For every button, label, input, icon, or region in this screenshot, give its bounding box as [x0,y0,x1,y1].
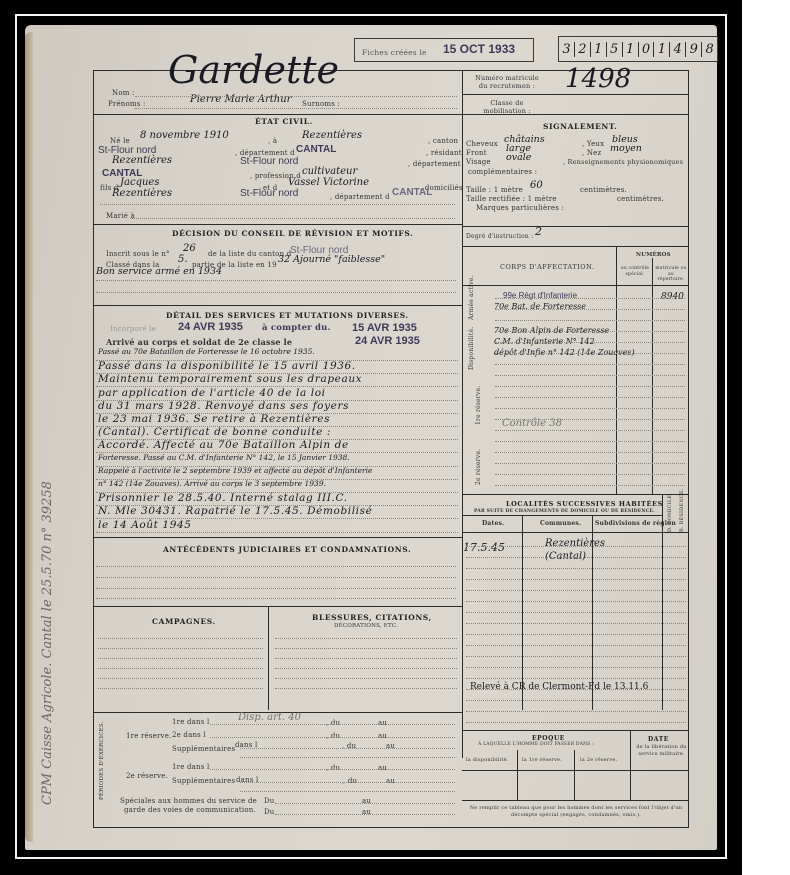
service-line: le 23 mai 1936. Se retire à Rezentières [98,413,330,425]
col-subdivisions: Subdivisions de région [595,520,676,527]
column-divider [462,70,463,758]
speciales2-label: garde des voies de communication. [124,806,256,814]
decision-note: Bon service armé en 1934 [96,266,222,277]
reference-digit: 3 [559,42,575,57]
matricule-label: Numéro matricule du recrutemen : [472,74,542,90]
nom-label: Nom : [112,89,135,97]
compter-date: 15 AVR 1935 [352,322,417,334]
incorpore-date: 24 AVR 1935 [178,321,243,333]
nom-value: Gardette [168,48,339,92]
service-line: Rappelé à l'activité le 2 septembre 1939… [98,466,372,475]
a-label: , à [268,137,277,145]
col-matricule: matricule ou au répertoire. [654,266,688,283]
date-liberation-title: DATE [648,736,669,743]
armee-active-matricule: 8940 [661,292,684,302]
compter-label: à compter du. [262,323,331,333]
front-label: Front [466,149,487,157]
service-line: Passé dans la disponibilité le 15 avril … [98,360,356,372]
service-line: Passé au 70e Bataillon de Forteresse le … [98,347,315,356]
epoque-title: EPOQUE [532,735,565,742]
service-line: du 31 mars 1928. Renvoyé dans ses foyers [98,400,349,412]
armee-active-label: Armée active. [468,275,475,320]
degre-instruction-label: Degré d'instruction : [466,233,533,240]
reference-digit: 4 [670,42,686,57]
du-label-4: , du [326,764,340,772]
disponibilite-label: Disponibilité. [468,327,475,370]
service-line: Forteresse. Passé au C.M. d'Infanterie N… [98,453,350,462]
surnoms-label: Surnoms : [302,100,340,108]
releve-note: Relevé à CR de Clermont-Fd le 13.11.6 [470,682,648,692]
au-label-4: au [378,764,387,772]
centimetres-label-2: centimètres. [617,195,664,203]
matricule-value: 1498 [565,64,631,94]
reference-digit: 9 [686,42,702,57]
epoque-subtitle: A LAQUELLE L'HOMME DOIT PASSER DANS : [478,742,594,747]
arrive-label: Arrivé au corps et soldat de 2e classe l… [106,337,292,347]
residence-value: Rezentières [112,155,172,166]
date-liberation-sub: de la libération du service militaire. [634,744,689,757]
localite-commune: Rezentières (Cantal) [545,537,615,563]
canton-label: , canton [428,137,458,145]
incorpore-label: Incorporé le [110,325,156,333]
service-line: N. Mle 30431. Rapatrié le 17.5.45. Démob… [98,505,372,517]
service-line: Prisonnier le 28.5.40. Interné stalag II… [98,492,348,504]
canton3-value: St-Flour nord [240,188,298,199]
inscrit-num: 26 [183,243,196,254]
lieu-naissance: Rezentières [302,130,362,141]
decision-motif: 32 Ajourné "faiblesse" [278,254,385,265]
service-line: par application de l'article 40 de la lo… [98,387,326,399]
epoque-col3: la 2e réserve. [580,757,617,763]
reference-digit: 1 [591,42,607,57]
taille-rectifiee-label: Taille rectifiée : 1 mètre [466,195,557,203]
taille-label: Taille : 1 mètre [466,186,523,194]
reference-digit: 0 [639,42,655,57]
date-naissance: 8 novembre 1910 [140,130,229,141]
epoque-col1: la disponibilité. [466,757,509,763]
pere-value: Jacques [120,177,159,188]
localite-date: 17.5.45 [463,541,505,554]
yeux-label: , Yeux [582,140,604,148]
arrive-date: 24 AVR 1935 [355,335,420,347]
reserve1-label: 1re réserve. [475,386,482,425]
service-line: (Cantal). Certificat de bonne conduite : [98,426,331,438]
reference-digit: 8 [702,42,717,57]
col-residence: R. RÉSIDENCE. [679,489,685,532]
reference-digit: 1 [654,42,670,57]
departement3-value: CANTAL [392,187,432,198]
r1-line1-label: 1re dans l [172,718,209,726]
service-line: n° 142 (14e Zouaves). Arrivé au corps le… [98,479,326,488]
renseignements-label: , Renseignements physionomiques [563,158,683,166]
reference-number-box: 3215101498 [558,36,718,62]
au-label-2: au [378,732,387,740]
fiche-stamp-date: 15 OCT 1933 [443,42,515,56]
inscrit-label: Inscrit sous le n° [106,250,170,258]
services-title: DÉTAIL DES SERVICES ET MUTATIONS DIVERSE… [166,311,409,320]
taille-value: 60 [530,180,543,191]
prenoms-label: Prénoms : [108,100,146,108]
localites-title: LOCALITÉS SUCCESSIVES HABITÉES [506,500,663,508]
nez-label: , Nez [582,149,601,157]
nez-value: moyen [610,143,642,154]
r1-line2-label: 2e dans l [172,731,206,739]
periodes-reserve1-label: 1re réserve. [126,732,171,740]
du-cap-label: Du [264,797,275,805]
departement-value: CANTAL [296,144,336,155]
r2-line1-label: 1re dans l [172,763,209,771]
antecedents-title: ANTÉCÉDENTS JUDICIAIRES ET CONDAMNATIONS… [163,545,411,554]
localites-subtitle: PAR SUITE DE CHANGEMENTS DE DOMICILE OU … [474,509,655,514]
col-dates: Dates. [482,520,504,527]
du-label-2: , du [326,732,340,740]
complementaires-label: complémentaires : [468,168,537,176]
epoque-col2: la 1re réserve. [522,757,562,763]
campagnes-title: CAMPAGNES. [152,617,216,626]
domicile-value: Rezentières [112,188,172,199]
service-line: Maintenu temporairement sous les drapeau… [98,373,362,385]
profession-value: cultivateur [302,166,357,177]
service-line: Accordé. Affecté au 70e Bataillon Alpin … [98,439,349,451]
reference-digit: 2 [575,42,591,57]
au-label-5: au [386,777,395,785]
paper-edge [25,32,33,842]
margin-note: CPM Caisse Agricole. Cantal le 25.5.70 n… [40,481,55,805]
supplementaires-label: Supplémentaires [172,745,235,753]
affectation-title: CORPS D'AFFECTATION. [500,263,594,271]
periodes-side-label: PÉRIODES D'EXERCICES. [99,721,105,800]
speciales-label: Spéciales aux hommes du service de [120,797,257,805]
periodes-reserve2-label: 2e réserve. [126,772,168,780]
reserve2-label: 2e réserve. [475,449,482,485]
visage-value: ovale [506,152,531,163]
blessures-subtitle: DÉCORATIONS, ETC. [334,623,398,629]
signalement-title: SIGNALEMENT. [543,122,617,131]
blessures-title: BLESSURES, CITATIONS, [312,613,432,622]
etat-civil-title: ÉTAT CIVIL. [255,117,313,126]
fiche-stamp-label: Fiches créées le [362,48,427,57]
centimetres-label: centimètres. [580,186,627,194]
numeros-title: NUMÉROS [636,252,671,258]
marques-label: Marques particulières : [476,204,564,212]
ne-le-label: Né le [110,137,130,145]
residant-label: , résidant [426,149,462,157]
departement2-label: , département [408,160,461,168]
classe-mobilisation-label: Classe de mobilisation : [472,99,542,115]
canton2-value: St-Flour nord [240,156,298,167]
r1-line1-value: Disp. art. 40 [238,712,301,723]
col-controle: au contrôle spécial. [620,266,650,277]
mere-value: Vassel Victorine [288,177,369,188]
service-line: le 14 Août 1945 [98,519,192,531]
du-cap-label-2: Du [264,808,275,816]
reference-digit: 5 [607,42,623,57]
supplementaires-label-2: Supplémentaires [172,777,235,785]
partie-value: 5. [178,254,188,265]
cheveux-label: Cheveux [466,140,498,148]
visage-label: Visage [466,158,491,166]
au-label: au [378,719,387,727]
reference-digit: 1 [623,42,639,57]
du-label: , du [326,719,340,727]
epoque-footnote: Ne remplir ce tableau que pour les homme… [466,805,686,819]
du-label-5: , du [343,777,357,785]
decision-title: DÉCISION DU CONSEIL DE RÉVISION ET MOTIF… [172,229,413,238]
degre-instruction-value: 2 [535,225,542,238]
col-communes: Communes. [540,520,581,527]
